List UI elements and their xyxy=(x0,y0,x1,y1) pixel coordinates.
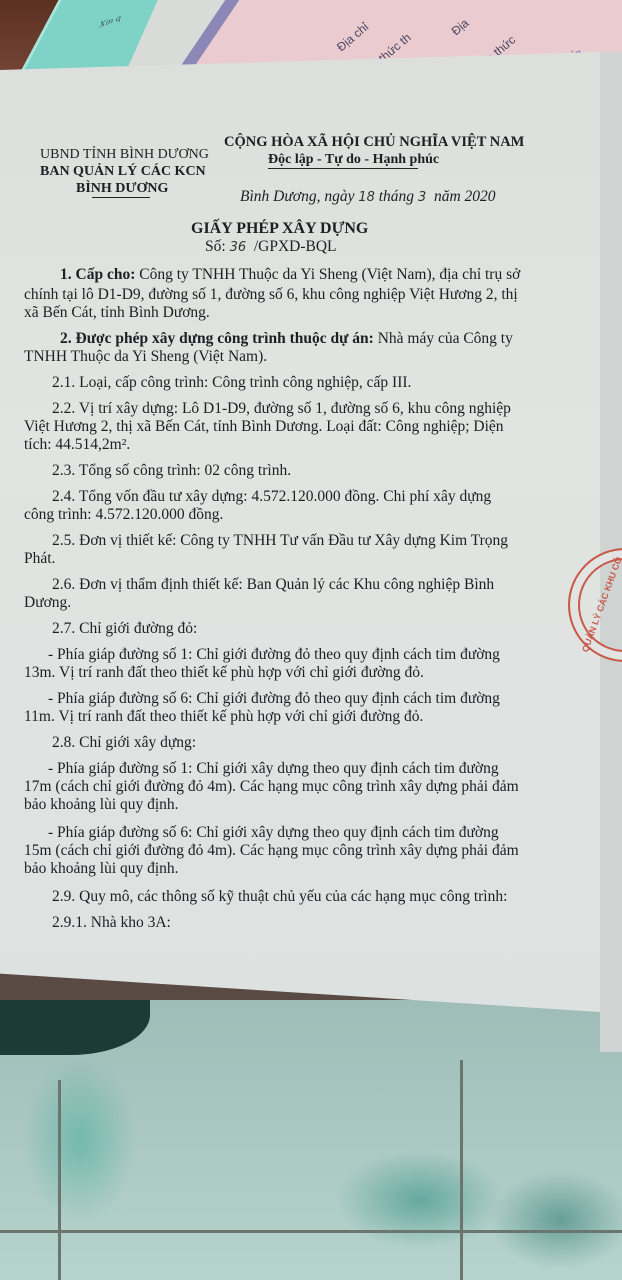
line-text: 13m. Vị trí ranh đất theo thiết kế phù h… xyxy=(24,664,424,681)
issue-date: Bình Dương, ngày 18 tháng 3 năm 2020 xyxy=(240,188,496,207)
document-line: 11m. Vị trí ranh đất theo thiết kế phù h… xyxy=(24,708,423,726)
document-number: Số: 36 /GPXD-BQL xyxy=(205,238,337,257)
document-line: - Phía giáp đường số 1: Chỉ giới đường đ… xyxy=(48,646,500,664)
line-text: 2.9. Quy mô, các thông số kỹ thuật chủ y… xyxy=(52,888,507,905)
document-line: - Phía giáp đường số 1: Chỉ giới xây dựn… xyxy=(48,760,499,778)
national-title: CỘNG HÒA XÃ HỘI CHỦ NGHĨA VIỆT NAM xyxy=(224,133,524,151)
document-line: xã Bến Cát, tỉnh Bình Dương. xyxy=(24,304,210,322)
line-text: 2.7. Chỉ giới đường đỏ: xyxy=(52,620,197,637)
number-label: Số: xyxy=(205,238,226,255)
document-line: 2.9.1. Nhà kho 3A: xyxy=(52,914,171,932)
document-line: bảo khoảng lùi quy định. xyxy=(24,860,179,878)
date-month-label: tháng xyxy=(379,188,414,205)
form-label: Địa xyxy=(449,16,472,38)
line-text: 17m (cách chỉ giới đường đỏ 4m). Các hạn… xyxy=(24,778,519,795)
tile-grout xyxy=(0,1230,622,1233)
line-heading: 1. Cấp cho: xyxy=(60,266,135,283)
issuer-underline xyxy=(92,197,150,198)
line-text: Công ty TNHH Thuộc da Yi Sheng (Việt Nam… xyxy=(135,266,520,283)
date-place: Bình Dương, ngày xyxy=(240,188,354,205)
document-line: 2.9. Quy mô, các thông số kỹ thuật chủ y… xyxy=(52,888,507,906)
document-line: 15m (cách chỉ giới đường đỏ 4m). Các hạn… xyxy=(24,842,519,860)
issuer-line-1: UBND TỈNH BÌNH DƯƠNG xyxy=(40,146,209,164)
line-text: công trình: 4.572.120.000 đồng. xyxy=(24,506,223,523)
line-heading: 2. Được phép xây dựng công trình thuộc d… xyxy=(60,330,374,347)
document-line: chính tại lô D1-D9, đường số 1, đường số… xyxy=(24,286,518,304)
line-text: bảo khoảng lùi quy định. xyxy=(24,796,179,813)
issuer-line-3: BÌNH DƯƠNG xyxy=(76,180,168,198)
tile-grout xyxy=(58,1080,61,1280)
line-text: Dương. xyxy=(24,594,71,611)
line-text: - Phía giáp đường số 1: Chỉ giới đường đ… xyxy=(48,646,500,663)
line-text: - Phía giáp đường số 6: Chỉ giới xây dựn… xyxy=(48,824,499,841)
line-text: bảo khoảng lùi quy định. xyxy=(24,860,179,877)
number-value: 36 xyxy=(230,240,247,255)
tile-grout xyxy=(460,1060,463,1280)
motto-underline xyxy=(268,168,418,169)
line-text: 2.2. Vị trí xây dựng: Lô D1-D9, đường số… xyxy=(52,400,511,417)
issuer-line-2: BAN QUẢN LÝ CÁC KCN xyxy=(40,163,206,181)
document-line: - Phía giáp đường số 6: Chỉ giới xây dựn… xyxy=(48,824,499,842)
document-line: 17m (cách chỉ giới đường đỏ 4m). Các hạn… xyxy=(24,778,519,796)
line-text: Việt Hương 2, thị xã Bến Cát, tỉnh Bình … xyxy=(24,418,504,435)
line-text: chính tại lô D1-D9, đường số 1, đường số… xyxy=(24,286,518,303)
document-line: công trình: 4.572.120.000 đồng. xyxy=(24,506,223,524)
document-line: 1. Cấp cho: Công ty TNHH Thuộc da Yi She… xyxy=(60,266,520,284)
document-line: Việt Hương 2, thị xã Bến Cát, tỉnh Bình … xyxy=(24,418,504,436)
document-line: Dương. xyxy=(24,594,71,612)
document-title: GIẤY PHÉP XÂY DỰNG xyxy=(191,220,368,238)
booklet-text: Xin q xyxy=(99,12,121,29)
date-day: 18 xyxy=(358,190,375,205)
line-text: - Phía giáp đường số 6: Chỉ giới đường đ… xyxy=(48,690,500,707)
date-month: 3 xyxy=(418,190,426,205)
line-text: 2.3. Tổng số công trình: 02 công trình. xyxy=(52,462,291,479)
document-line: Phát. xyxy=(24,550,55,568)
document-line: - Phía giáp đường số 6: Chỉ giới đường đ… xyxy=(48,690,500,708)
document-line: 2.8. Chỉ giới xây dựng: xyxy=(52,734,196,752)
document-line: 2.1. Loại, cấp công trình: Công trình cô… xyxy=(52,374,411,392)
line-text: tích: 44.514,2m². xyxy=(24,436,130,453)
line-text: 2.9.1. Nhà kho 3A: xyxy=(52,914,171,931)
line-text: 15m (cách chỉ giới đường đỏ 4m). Các hạn… xyxy=(24,842,519,859)
form-label: Địa chỉ xyxy=(334,20,371,54)
line-text: xã Bến Cát, tỉnh Bình Dương. xyxy=(24,304,210,321)
document-line: 2.7. Chỉ giới đường đỏ: xyxy=(52,620,197,638)
document-line: 13m. Vị trí ranh đất theo thiết kế phù h… xyxy=(24,664,424,682)
document-line: TNHH Thuộc da Yi Sheng (Việt Nam). xyxy=(24,348,267,366)
line-text: 2.1. Loại, cấp công trình: Công trình cô… xyxy=(52,374,411,391)
document-line: 2.4. Tổng vốn đầu tư xây dựng: 4.572.120… xyxy=(52,488,491,506)
line-text: Phát. xyxy=(24,550,55,567)
document-line: tích: 44.514,2m². xyxy=(24,436,130,454)
document-line: 2.5. Đơn vị thiết kế: Công ty TNHH Tư vấ… xyxy=(52,532,508,550)
document-line: 2.6. Đơn vị thẩm định thiết kế: Ban Quản… xyxy=(52,576,494,594)
line-text: TNHH Thuộc da Yi Sheng (Việt Nam). xyxy=(24,348,267,365)
document-line: bảo khoảng lùi quy định. xyxy=(24,796,179,814)
line-text: 2.5. Đơn vị thiết kế: Công ty TNHH Tư vấ… xyxy=(52,532,508,549)
line-text: 11m. Vị trí ranh đất theo thiết kế phù h… xyxy=(24,708,423,725)
line-text: 2.4. Tổng vốn đầu tư xây dựng: 4.572.120… xyxy=(52,488,491,505)
document-line: 2.2. Vị trí xây dựng: Lô D1-D9, đường số… xyxy=(52,400,511,418)
date-year: năm 2020 xyxy=(434,188,496,205)
line-text: Nhà máy của Công ty xyxy=(374,330,513,347)
document-line: 2.3. Tổng số công trình: 02 công trình. xyxy=(52,462,291,480)
national-motto: Độc lập - Tự do - Hạnh phúc xyxy=(268,151,439,169)
line-text: - Phía giáp đường số 1: Chỉ giới xây dựn… xyxy=(48,760,499,777)
line-text: 2.6. Đơn vị thẩm định thiết kế: Ban Quản… xyxy=(52,576,494,593)
document-line: 2. Được phép xây dựng công trình thuộc d… xyxy=(60,330,513,348)
line-text: 2.8. Chỉ giới xây dựng: xyxy=(52,734,196,751)
number-suffix: /GPXD-BQL xyxy=(254,238,337,255)
